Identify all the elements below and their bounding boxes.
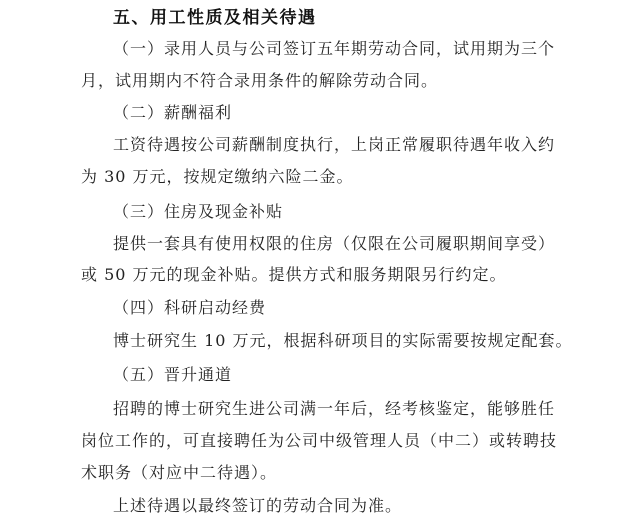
promotion-line-3: 术职务（对应中二待遇）。 [81, 463, 277, 483]
subheading-research-funds: （四）科研启动经费 [113, 298, 266, 318]
salary-line-2: 为 30 万元，按规定缴纳六险二金。 [81, 167, 354, 187]
housing-line-2: 或 50 万元的现金补贴。提供方式和服务期限另行约定。 [81, 265, 507, 285]
subheading-salary: （二）薪酬福利 [113, 103, 232, 123]
section-heading: 五、用工性质及相关待遇 [113, 8, 317, 28]
promotion-line-1: 招聘的博士研究生进公司满一年后，经考核鉴定，能够胜任 [113, 399, 555, 419]
clause-1-line-2: 月，试用期内不符合录用条件的解除劳动合同。 [81, 71, 438, 91]
salary-line-1: 工资待遇按公司薪酬制度执行，上岗正常履职待遇年收入约 [113, 135, 555, 155]
clause-1-line-1: （一）录用人员与公司签订五年期劳动合同，试用期为三个 [113, 39, 555, 59]
housing-line-1: 提供一套具有使用权限的住房（仅限在公司履职期间享受） [113, 234, 555, 254]
subheading-promotion: （五）晋升通道 [113, 365, 232, 385]
promotion-line-2: 岗位工作的，可直接聘任为公司中级管理人员（中二）或转聘技 [81, 431, 557, 451]
subheading-housing: （三）住房及现金补贴 [113, 202, 283, 222]
closing-note: 上述待遇以最终签订的劳动合同为准。 [113, 496, 402, 516]
research-funds-line-1: 博士研究生 10 万元，根据科研项目的实际需要按规定配套。 [113, 331, 573, 351]
